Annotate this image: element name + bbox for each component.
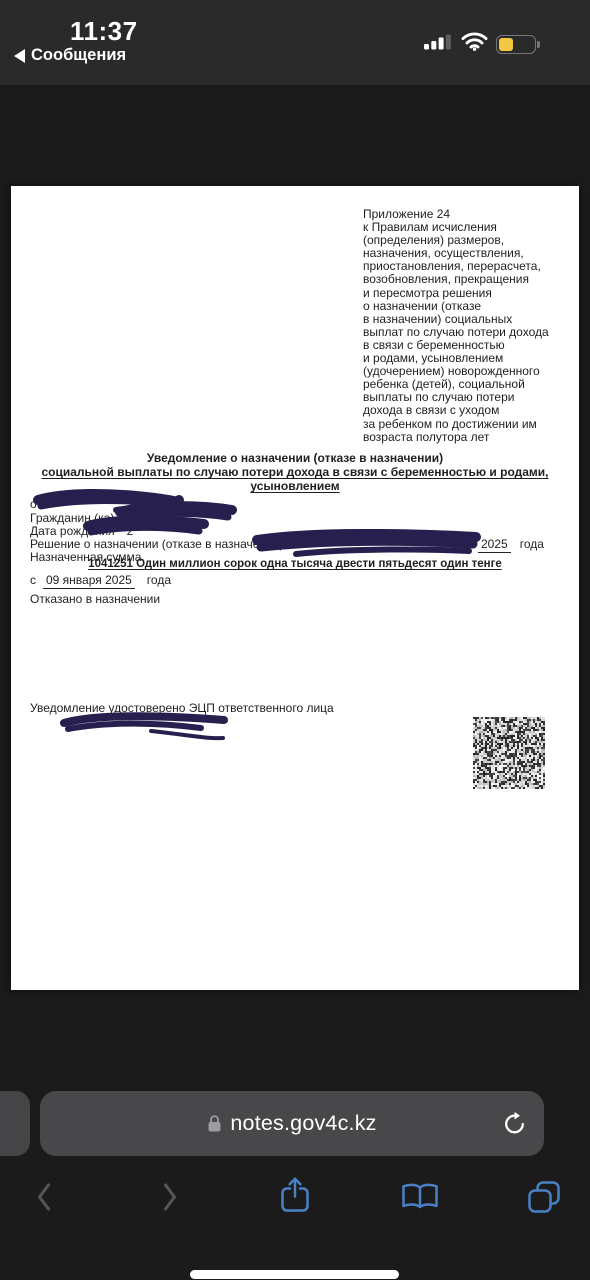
- back-button[interactable]: [36, 1182, 53, 1212]
- battery-fill: [499, 38, 513, 51]
- bookmarks-button[interactable]: [400, 1182, 440, 1212]
- wifi-icon: [461, 32, 488, 56]
- decision-year-fragment: 2025года: [478, 537, 544, 551]
- home-indicator[interactable]: [190, 1270, 399, 1279]
- refused-text: Отказано в назначении: [30, 592, 569, 606]
- document-title-line2: социальной выплаты по случаю потери дохо…: [11, 465, 579, 493]
- document-title-line1: Уведомление о назначении (отказе в назна…: [11, 451, 579, 465]
- forward-button[interactable]: [162, 1182, 179, 1212]
- back-to-app-button[interactable]: Сообщения: [14, 46, 126, 65]
- field-start-date: с09 января 2025года: [30, 573, 569, 587]
- status-icons: [424, 32, 536, 56]
- field-birth-date: Дата рождения2: [30, 524, 569, 538]
- address-bar[interactable]: notes.gov4c.kz: [40, 1091, 544, 1156]
- assigned-sum-value: 1041251 Один миллион сорок одна тысяча д…: [11, 558, 579, 570]
- lock-icon: [207, 1114, 222, 1133]
- field-from: от: [30, 497, 569, 511]
- previous-tab-peek[interactable]: [0, 1091, 30, 1156]
- document-page: Приложение 24 к Правилам исчисления (опр…: [11, 186, 579, 990]
- back-to-app-label: Сообщения: [31, 46, 126, 65]
- field-citizen: Гражданин (ка): [30, 511, 569, 525]
- back-to-app-icon: [14, 49, 25, 63]
- battery-icon: [496, 35, 536, 54]
- status-bar: 11:37 Сообщения: [0, 0, 590, 85]
- appendix-reference-text: Приложение 24 к Правилам исчисления (опр…: [363, 208, 568, 444]
- url-text: notes.gov4c.kz: [230, 1111, 376, 1136]
- cellular-signal-icon: [424, 33, 453, 56]
- status-time: 11:37: [70, 16, 138, 47]
- qr-code: [473, 717, 545, 789]
- start-date-value: 09 января 2025: [43, 573, 135, 589]
- iphone-screen: 11:37 Сообщения: [0, 0, 590, 1280]
- tabs-button[interactable]: [526, 1179, 562, 1215]
- field-decision: Решение о назначении (отказе в назначени…: [30, 537, 569, 551]
- browser-viewport: Приложение 24 к Правилам исчисления (опр…: [0, 85, 590, 1086]
- certified-text: Уведомление удостоверено ЭЦП ответственн…: [30, 701, 569, 715]
- reload-button[interactable]: [501, 1110, 528, 1137]
- battery-cap: [537, 41, 540, 48]
- birth-date-fragment: 2: [127, 524, 134, 538]
- share-button[interactable]: [278, 1176, 312, 1215]
